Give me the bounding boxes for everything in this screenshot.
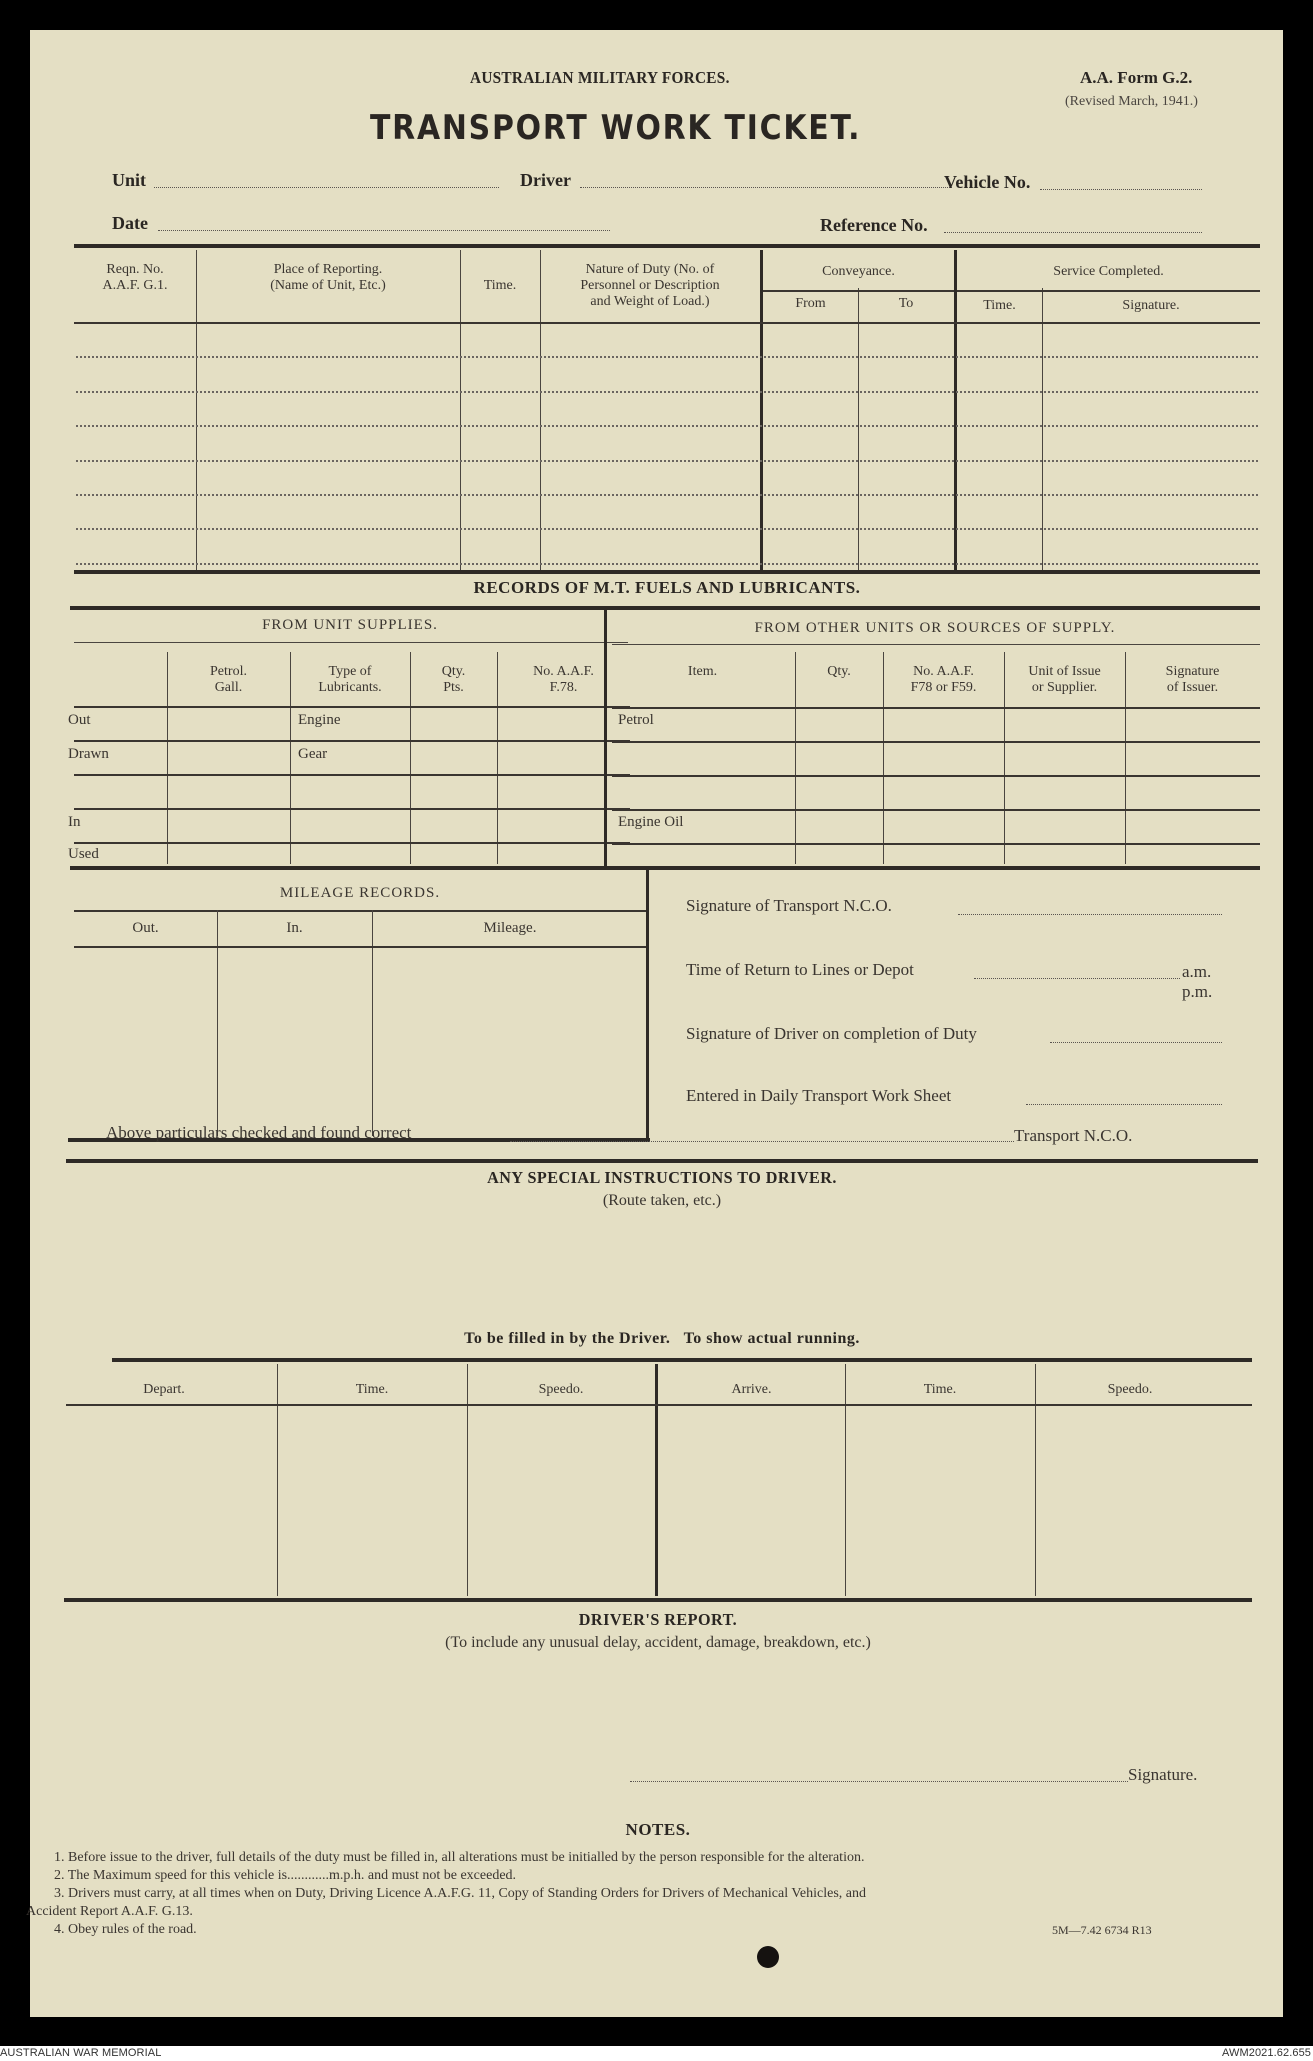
- report-title: DRIVER'S REPORT.: [94, 1610, 1223, 1630]
- instructions-subtitle: (Route taken, etc.): [66, 1192, 1258, 1210]
- col-arrive: Arrive.: [658, 1382, 845, 1398]
- item-petrol: Petrol: [618, 712, 654, 729]
- col-mileage-out: Out.: [74, 920, 217, 936]
- col-depart-time: Time.: [277, 1382, 467, 1398]
- col-qty-pts: Qty. Pts.: [410, 664, 497, 696]
- col-time: Time.: [460, 278, 540, 294]
- col-place: Place of Reporting. (Name of Unit, Etc.): [196, 262, 460, 294]
- lubricant-engine: Engine: [298, 712, 341, 729]
- revised-date: (Revised March, 1941.): [1065, 94, 1198, 110]
- table-row[interactable]: [76, 528, 1258, 530]
- col-mileage-in: In.: [217, 920, 372, 936]
- row-drawn: Drawn: [68, 746, 109, 763]
- note-1: 1. Before issue to the driver, full deta…: [54, 1850, 864, 1866]
- table-row[interactable]: [76, 460, 1258, 462]
- row-out: Out: [68, 712, 91, 729]
- col-conveyance: Conveyance.: [763, 264, 954, 280]
- form-paper: AUSTRALIAN MILITARY FORCES. A.A. Form G.…: [30, 30, 1283, 2017]
- print-code: 5M—7.42 6734 R13: [1052, 1923, 1152, 1938]
- checked-by-label: Transport N.C.O.: [1014, 1126, 1132, 1146]
- notes-title: NOTES.: [64, 1820, 1252, 1840]
- col-unit-of-issue: Unit of Issue or Supplier.: [1004, 664, 1125, 696]
- fuels-title: RECORDS OF M.T. FUELS AND LUBRICANTS.: [74, 578, 1260, 598]
- transport-nco-signature-label: Signature of Transport N.C.O.: [686, 896, 892, 916]
- instructions-area[interactable]: [70, 1220, 1258, 1328]
- vehicle-no-field[interactable]: [1040, 189, 1202, 190]
- checked-field[interactable]: [510, 1141, 1014, 1142]
- instructions-title: ANY SPECIAL INSTRUCTIONS TO DRIVER.: [96, 1168, 1228, 1188]
- note-3-cont: Accident Report A.A.F. G.13.: [26, 1904, 193, 1920]
- running-title: To be filled in by the Driver. To show a…: [66, 1330, 1258, 1348]
- archive-caption-right: AWM2021.62.655: [1222, 2047, 1311, 2059]
- col-item: Item.: [610, 664, 795, 680]
- mileage-title: MILEAGE RECORDS.: [74, 885, 646, 902]
- form-id: A.A. Form G.2.: [1080, 68, 1192, 88]
- col-nature: Nature of Duty (No. of Personnel or Desc…: [540, 262, 760, 310]
- col-arrive-speedo: Speedo.: [1035, 1382, 1225, 1398]
- col-no-aaf-f78-f59: No. A.A.F. F78 or F59.: [883, 664, 1004, 696]
- report-signature-field[interactable]: [630, 1781, 1128, 1782]
- reference-no-label: Reference No.: [820, 215, 928, 236]
- col-signature-issuer: Signature of Issuer.: [1125, 664, 1260, 696]
- date-label: Date: [112, 213, 148, 234]
- table-row[interactable]: [76, 563, 1258, 565]
- note-4: 4. Obey rules of the road.: [54, 1922, 197, 1938]
- col-service-completed: Service Completed.: [957, 264, 1260, 280]
- unit-supplies-title: FROM UNIT SUPPLIES.: [70, 617, 630, 634]
- col-arrive-time: Time.: [845, 1382, 1035, 1398]
- unit-label: Unit: [112, 170, 146, 191]
- col-qty: Qty.: [795, 664, 883, 680]
- forces-heading: AUSTRALIAN MILITARY FORCES.: [470, 68, 730, 88]
- transport-nco-signature-field[interactable]: [958, 914, 1222, 915]
- driver-field[interactable]: [580, 187, 952, 188]
- note-2: 2. The Maximum speed for this vehicle is…: [54, 1868, 516, 1884]
- row-in: In: [68, 814, 81, 831]
- page-title: TRANSPORT WORK TICKET.: [370, 108, 861, 148]
- driver-completion-label: Signature of Driver on completion of Dut…: [686, 1024, 977, 1044]
- lubricant-gear: Gear: [298, 746, 327, 763]
- archive-caption-left: AUSTRALIAN WAR MEMORIAL: [0, 2047, 161, 2059]
- unit-field[interactable]: [154, 187, 499, 188]
- am-label: a.m.: [1182, 962, 1211, 982]
- note-3: 3. Drivers must carry, at all times when…: [54, 1886, 866, 1902]
- row-used: Used: [68, 846, 99, 863]
- time-return-label: Time of Return to Lines or Depot: [686, 960, 914, 980]
- col-depart: Depart.: [74, 1382, 254, 1398]
- table-row[interactable]: [76, 356, 1258, 358]
- col-reqn: Reqn. No. A.A.F. G.1.: [74, 262, 196, 294]
- col-sc-time: Time.: [957, 298, 1042, 314]
- col-from: From: [763, 296, 858, 312]
- table-row[interactable]: [76, 391, 1258, 393]
- vehicle-no-label: Vehicle No.: [944, 172, 1030, 193]
- col-sc-signature: Signature.: [1042, 298, 1260, 314]
- entered-worksheet-label: Entered in Daily Transport Work Sheet: [686, 1086, 951, 1106]
- driver-label: Driver: [520, 170, 571, 191]
- date-field[interactable]: [158, 230, 610, 231]
- col-petrol-gall: Petrol. Gall.: [167, 664, 290, 696]
- col-to: To: [858, 296, 954, 312]
- reference-no-field[interactable]: [944, 232, 1202, 233]
- table-row[interactable]: [76, 494, 1258, 496]
- punch-hole: [757, 1946, 779, 1968]
- checked-label: Above particulars checked and found corr…: [106, 1123, 411, 1143]
- report-subtitle: (To include any unusual delay, accident,…: [64, 1634, 1252, 1652]
- pm-label: p.m.: [1182, 982, 1212, 1002]
- entered-worksheet-field[interactable]: [1026, 1104, 1222, 1105]
- table-row[interactable]: [76, 425, 1258, 427]
- col-type-lubricants: Type of Lubricants.: [290, 664, 410, 696]
- report-signature-label: Signature.: [1128, 1765, 1197, 1785]
- report-area[interactable]: [70, 1660, 1258, 1760]
- driver-completion-field[interactable]: [1050, 1042, 1222, 1043]
- time-return-field[interactable]: [974, 978, 1180, 979]
- col-depart-speedo: Speedo.: [467, 1382, 655, 1398]
- item-engine-oil: Engine Oil: [618, 814, 683, 831]
- other-sources-title: FROM OTHER UNITS OR SOURCES OF SUPPLY.: [610, 620, 1260, 637]
- col-mileage: Mileage.: [372, 920, 648, 936]
